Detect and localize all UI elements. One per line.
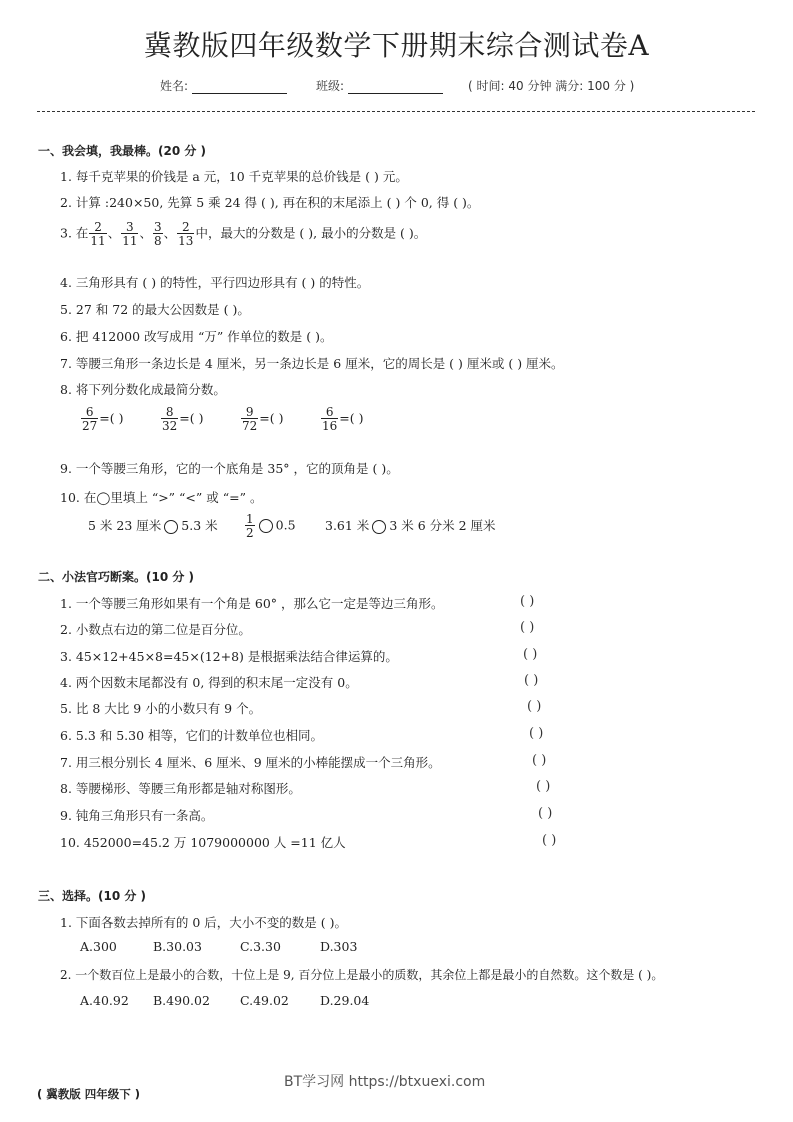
s1-q8: 8. 将下列分数化成最简分数。 bbox=[60, 380, 226, 398]
s1-q8-item-2: 832=( ) bbox=[160, 406, 203, 432]
s3-q1-option-d[interactable]: D.303 bbox=[320, 939, 357, 954]
time-info: ( 时间: 40 分钟 满分: 100 分 ) bbox=[468, 77, 634, 94]
s1-q1: 1. 每千克苹果的价钱是 a 元，10 千克苹果的总价钱是 ( ) 元。 bbox=[60, 167, 408, 185]
compare-circle[interactable] bbox=[164, 520, 178, 534]
s2-answer-bracket-3[interactable]: ( ) bbox=[523, 647, 537, 662]
s3-q2-option-b[interactable]: B.490.02 bbox=[153, 993, 210, 1008]
section1-heading: 一、我会填，我最棒。(20 分 ) bbox=[38, 142, 206, 159]
section3-heading: 三、选择。(10 分 ) bbox=[38, 887, 146, 904]
s1-q9: 9. 一个等腰三角形，它的一个底角是 35° ，它的顶角是 ( )。 bbox=[60, 459, 399, 477]
s2-answer-bracket-4[interactable]: ( ) bbox=[524, 673, 538, 688]
name-label: 姓名: bbox=[160, 79, 188, 93]
s2-item-9: 9. 钝角三角形只有一条高。 bbox=[60, 806, 213, 824]
fraction: 38 bbox=[153, 221, 163, 247]
s2-answer-bracket-9[interactable]: ( ) bbox=[538, 806, 552, 821]
s1-q10-compare-a: 5 米 23 厘米5.3 米 bbox=[88, 516, 218, 534]
name-blank[interactable] bbox=[192, 81, 287, 94]
s1-q10-compare-b: 120.5 bbox=[244, 513, 296, 539]
s1-q3-prefix: 3. 在 bbox=[60, 226, 88, 241]
compare-circle[interactable] bbox=[259, 519, 273, 533]
watermark-link[interactable]: BT学习网 https://btxuexi.com bbox=[284, 1071, 485, 1091]
s1-q10-compare-c: 3.61 米3 米 6 分米 2 厘米 bbox=[325, 516, 496, 534]
s1-q10: 10. 在◯里填上 “>” “<” 或 “=” 。 bbox=[60, 488, 262, 506]
s2-answer-bracket-8[interactable]: ( ) bbox=[536, 779, 550, 794]
fraction: 311 bbox=[121, 221, 138, 247]
s1-q4: 4. 三角形具有 ( ) 的特性，平行四边形具有 ( ) 的特性。 bbox=[60, 273, 369, 291]
s3-q2-option-a[interactable]: A.40.92 bbox=[80, 993, 129, 1008]
s2-item-10: 10. 452000=45.2 万 1079000000 人 =11 亿人 bbox=[60, 833, 346, 851]
fraction: 213 bbox=[177, 221, 194, 247]
s1-q8-item-3: 972=( ) bbox=[240, 406, 283, 432]
s2-item-8: 8. 等腰梯形、等腰三角形都是轴对称图形。 bbox=[60, 779, 301, 797]
s3-q2-option-d[interactable]: D.29.04 bbox=[320, 993, 369, 1008]
s2-item-7: 7. 用三根分别长 4 厘米、6 厘米、9 厘米的小棒能摆成一个三角形。 bbox=[60, 753, 441, 771]
fraction: 211 bbox=[89, 221, 106, 247]
s1-q7: 7. 等腰三角形一条边长是 4 厘米，另一条边长是 6 厘米，它的周长是 ( )… bbox=[60, 354, 564, 372]
s1-q2: 2. 计算 :240×50, 先算 5 乘 24 得 ( ), 再在积的末尾添上… bbox=[60, 193, 479, 211]
footer-edition: ( 冀教版 四年级下 ) bbox=[37, 1086, 140, 1102]
s1-q5: 5. 27 和 72 的最大公因数是 ( )。 bbox=[60, 300, 250, 318]
s2-item-6: 6. 5.3 和 5.30 相等，它们的计数单位也相同。 bbox=[60, 726, 323, 744]
class-field[interactable]: 班级: bbox=[316, 77, 443, 94]
s2-item-3: 3. 45×12+45×8=45×(12+8) 是根据乘法结合律运算的。 bbox=[60, 647, 398, 665]
name-field[interactable]: 姓名: bbox=[160, 77, 287, 94]
exam-title: 冀教版四年级数学下册期末综合测试卷A bbox=[0, 24, 793, 64]
s2-answer-bracket-7[interactable]: ( ) bbox=[532, 753, 546, 768]
section2-heading: 二、小法官巧断案。(10 分 ) bbox=[38, 568, 194, 585]
s2-answer-bracket-1[interactable]: ( ) bbox=[520, 594, 534, 609]
s2-item-5: 5. 比 8 大比 9 小的小数只有 9 个。 bbox=[60, 699, 261, 717]
s2-answer-bracket-10[interactable]: ( ) bbox=[542, 833, 556, 848]
s1-q6: 6. 把 412000 改写成用 “万” 作单位的数是 ( )。 bbox=[60, 327, 333, 345]
class-blank[interactable] bbox=[348, 81, 443, 94]
s2-answer-bracket-2[interactable]: ( ) bbox=[520, 620, 534, 635]
s1-q3-suffix: 中，最大的分数是 ( ), 最小的分数是 ( )。 bbox=[195, 226, 426, 241]
s2-answer-bracket-5[interactable]: ( ) bbox=[527, 699, 541, 714]
s2-item-4: 4. 两个因数末尾都没有 0, 得到的积末尾一定没有 0。 bbox=[60, 673, 358, 691]
s2-item-1: 1. 一个等腰三角形如果有一个角是 60° ，那么它一定是等边三角形。 bbox=[60, 594, 444, 612]
divider bbox=[37, 111, 755, 112]
s1-q8-item-4: 616=( ) bbox=[320, 406, 363, 432]
s3-q2-option-c[interactable]: C.49.02 bbox=[240, 993, 289, 1008]
compare-circle[interactable] bbox=[372, 520, 386, 534]
s1-q3: 3. 在211、311、38、213中，最大的分数是 ( ), 最小的分数是 (… bbox=[60, 221, 426, 247]
s3-q1-option-b[interactable]: B.30.03 bbox=[153, 939, 202, 954]
s3-q1: 1. 下面各数去掉所有的 0 后，大小不变的数是 ( )。 bbox=[60, 913, 347, 931]
s3-q2: 2. 一个数百位上是最小的合数，十位上是 9, 百分位上是最小的质数，其余位上都… bbox=[60, 966, 663, 983]
s1-q8-item-1: 627=( ) bbox=[80, 406, 123, 432]
class-label: 班级: bbox=[316, 79, 344, 93]
s2-answer-bracket-6[interactable]: ( ) bbox=[529, 726, 543, 741]
s2-item-2: 2. 小数点右边的第二位是百分位。 bbox=[60, 620, 251, 638]
s3-q1-option-a[interactable]: A.300 bbox=[80, 939, 117, 954]
s3-q1-option-c[interactable]: C.3.30 bbox=[240, 939, 281, 954]
